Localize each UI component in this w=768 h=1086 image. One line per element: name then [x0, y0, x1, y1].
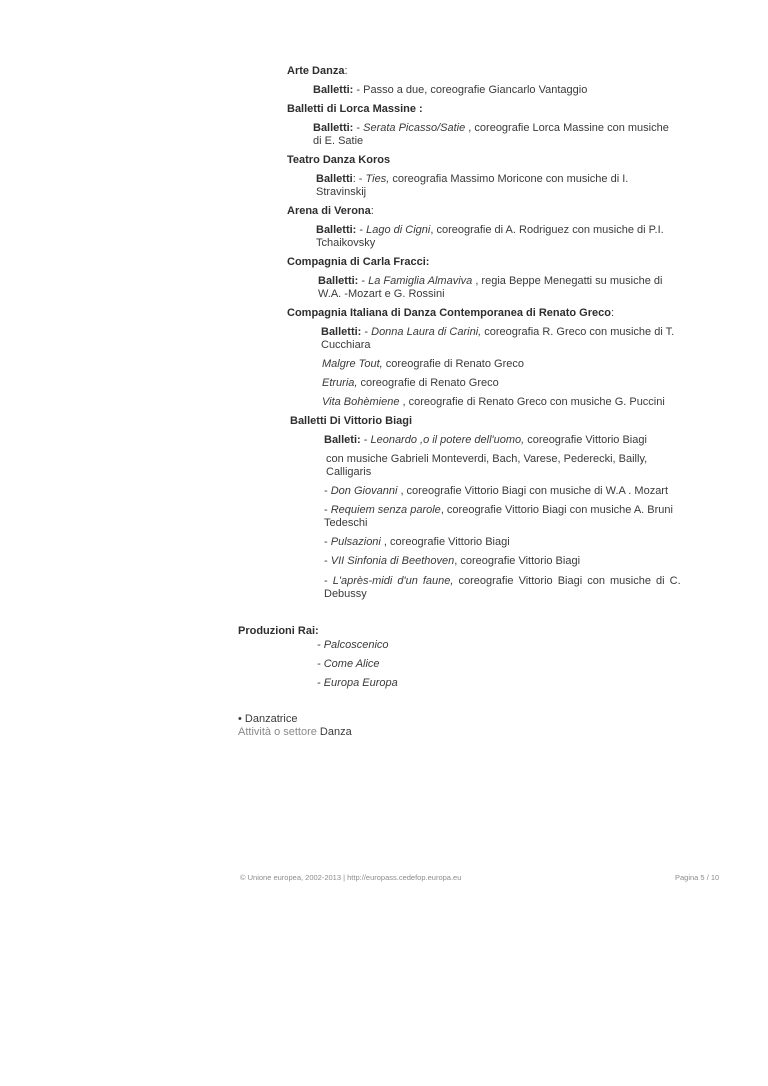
- work-title: Pulsazioni: [331, 536, 381, 548]
- arte-danza-balletti: Balletti: - Passo a due, coreografie Gia…: [313, 84, 587, 97]
- work-title: Requiem senza parole: [331, 504, 441, 516]
- work-title: VII Sinfonia di Beethoven: [331, 555, 455, 567]
- biagi-item: - Don Giovanni , coreografie Vittorio Bi…: [324, 485, 668, 498]
- biagi-balletti: Balleti: - Leonardo ,o il potere dell'uo…: [324, 434, 647, 447]
- sector-label: Attività o settore: [238, 726, 317, 738]
- rai-item: - Palcoscenico: [317, 639, 389, 652]
- section-vittorio-biagi: Balletti Di Vittorio Biagi: [290, 415, 412, 428]
- balletti-label: Balleti:: [324, 434, 361, 446]
- rai-item: - Come Alice: [317, 658, 380, 671]
- section-title: Arena di Verona: [287, 205, 371, 217]
- biagi-continuation: Calligaris: [326, 466, 371, 479]
- greco-item: Etruria, coreografie di Renato Greco: [322, 377, 499, 390]
- section-lorca-massine: Balletti di Lorca Massine :: [287, 103, 423, 116]
- sector-value: Danza: [317, 726, 352, 738]
- arena-continuation: Tchaikovsky: [316, 237, 375, 250]
- sector-line: Attività o settore Danza: [238, 726, 352, 739]
- arena-balletti: Balletti: - Lago di Cigni, coreografie d…: [316, 224, 664, 237]
- work-title: Malgre Tout,: [322, 358, 383, 370]
- work-title: Vita Bohèmiene: [322, 396, 399, 408]
- work-title: Ties,: [366, 173, 390, 185]
- section-title: Arte Danza: [287, 65, 344, 77]
- greco-item: Malgre Tout, coreografie di Renato Greco: [322, 358, 524, 371]
- section-carla-fracci: Compagnia di Carla Fracci:: [287, 256, 429, 269]
- balletti-label: Balletti:: [321, 326, 361, 338]
- biagi-item: - Pulsazioni , coreografie Vittorio Biag…: [324, 536, 510, 549]
- section-arena-verona: Arena di Verona:: [287, 205, 374, 218]
- biagi-item: - L'après-midi d'un faune, coreografie V…: [324, 575, 681, 588]
- section-arte-danza: Arte Danza:: [287, 65, 348, 78]
- balletti-label: Balletti:: [313, 122, 353, 134]
- biagi-item-continuation: Tedeschi: [324, 517, 367, 530]
- section-title: Compagnia Italiana di Danza Contemporane…: [287, 307, 611, 319]
- section-renato-greco: Compagnia Italiana di Danza Contemporane…: [287, 307, 614, 320]
- fracci-balletti: Balletti: - La Famiglia Almaviva , regia…: [318, 275, 662, 288]
- greco-continuation: Cucchiara: [321, 339, 371, 352]
- greco-balletti: Balletti: - Donna Laura di Carini, coreo…: [321, 326, 674, 339]
- work-title: Leonardo ,o il potere dell'uomo,: [370, 434, 524, 446]
- work-title: Etruria,: [322, 377, 357, 389]
- koros-continuation: Stravinskij: [316, 186, 366, 199]
- fracci-continuation: W.A. -Mozart e G. Rossini: [318, 288, 445, 301]
- greco-item: Vita Bohèmiene , coreografie di Renato G…: [322, 396, 665, 409]
- footer-page-number: Pagina 5 / 10: [675, 873, 719, 882]
- rai-item: - Europa Europa: [317, 677, 398, 690]
- work-title: Don Giovanni: [331, 485, 398, 497]
- koros-balletti: Balletti: - Ties, coreografia Massimo Mo…: [316, 173, 628, 186]
- balletti-label: Balletti: [316, 173, 353, 185]
- biagi-item: - Requiem senza parole, coreografie Vitt…: [324, 504, 673, 517]
- biagi-continuation: con musiche Gabrieli Monteverdi, Bach, V…: [326, 453, 647, 466]
- lorca-massine-balletti: Balletti: - Serata Picasso/Satie , coreo…: [313, 122, 669, 135]
- lorca-massine-continuation: di E. Satie: [313, 135, 363, 148]
- work-title: Serata Picasso/Satie: [363, 122, 465, 134]
- balletti-label: Balletti:: [316, 224, 356, 236]
- footer-copyright: © Unione europea, 2002-2013 | http://eur…: [240, 873, 461, 882]
- section-teatro-koros: Teatro Danza Koros: [287, 154, 390, 167]
- work-title: La Famiglia Almaviva: [368, 275, 472, 287]
- work-title: Donna Laura di Carini,: [371, 326, 481, 338]
- work-title: Lago di Cigni: [366, 224, 430, 236]
- biagi-item-continuation: Debussy: [324, 588, 367, 601]
- biagi-item: - VII Sinfonia di Beethoven, coreografie…: [324, 555, 580, 568]
- occupation-bullet: • Danzatrice: [238, 713, 298, 726]
- balletti-label: Balletti:: [318, 275, 358, 287]
- work-title: L'après-midi d'un faune,: [333, 575, 454, 587]
- rai-title: Produzioni Rai:: [238, 625, 319, 638]
- balletti-label: Balletti:: [313, 84, 353, 96]
